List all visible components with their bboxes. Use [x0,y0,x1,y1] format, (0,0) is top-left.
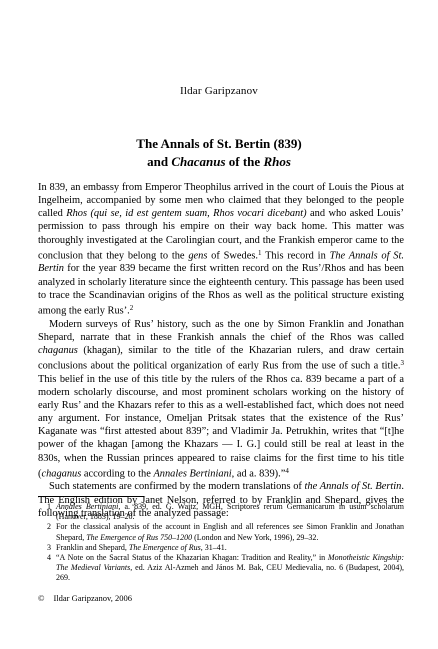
text-segment: (khagan), similar to the title of the Kh… [38,345,404,372]
text-segment: Chacanus [171,154,225,169]
footnote-text: For the classical analysis of the accoun… [56,522,404,542]
text-segment: (London and New York, 1996), 29–32. [192,533,318,542]
text-segment: gens [188,250,207,261]
footnote-number: 1 [47,502,56,522]
footnote-marker: 3 [401,359,405,367]
article-title: The Annals of St. Bertin (839) and Chaca… [0,135,438,170]
copyright-symbol: © [38,593,44,603]
copyright-notice: © Ildar Garipzanov, 2006 [38,593,132,603]
text-segment: and [147,154,171,169]
footnote-number: 3 [47,543,56,553]
author-name: Ildar Garipzanov [0,85,438,97]
footnote: 4 “A Note on the Sacral Status of the Kh… [38,553,404,584]
footnote-number: 2 [47,522,56,542]
article-title-line1: The Annals of St. Bertin (839) [0,135,438,153]
text-segment: This record in [261,250,329,261]
body-paragraph: In 839, an embassy from Emperor Theophil… [38,181,404,318]
text-segment: Such statements are confirmed by the mod… [49,481,305,492]
text-segment: The Emergence of Rus 750–1200 [86,533,192,542]
text-segment: Rhos [263,154,290,169]
text-segment: Franklin and Shepard, [56,543,129,552]
text-segment: chaganus [41,468,81,479]
footnote-number: 4 [47,553,56,584]
text-segment: “A Note on the Sacral Status of the Khaz… [56,553,328,562]
footnote-marker: 2 [130,304,134,312]
copyright-text: Ildar Garipzanov, 2006 [53,593,132,603]
footnote-separator-rule [38,496,144,497]
text-segment: Annales Bertiniani [153,468,231,479]
text-segment: of Swedes. [207,250,258,261]
text-segment: The Emergence of Rus [129,543,201,552]
text-segment: the Annals of St. Bertin [305,481,402,492]
text-segment: of the [226,154,264,169]
footnote: 3 Franklin and Shepard, The Emergence of… [38,543,404,553]
footnote-text: Franklin and Shepard, The Emergence of R… [56,543,404,553]
footnote-text: Annales Bertiniani, a. 839, ed. G. Waitz… [56,502,404,522]
text-segment: for the year 839 became the first writte… [38,263,404,316]
footnote-text: “A Note on the Sacral Status of the Khaz… [56,553,404,584]
footnote: 1 Annales Bertiniani, a. 839, ed. G. Wai… [38,502,404,522]
text-segment: chaganus [38,345,78,356]
text-segment: , 31–41. [201,543,227,552]
article-title-line2: and Chacanus of the Rhos [0,153,438,171]
footnote-marker: 4 [285,467,289,475]
text-segment: Rhos (qui se, id est gentem suam, Rhos v… [66,208,306,219]
text-segment: Modern surveys of Rus’ history, such as … [38,319,404,343]
article-body: In 839, an embassy from Emperor Theophil… [38,181,404,520]
footnotes: 1 Annales Bertiniani, a. 839, ed. G. Wai… [38,502,404,584]
text-segment: , ad a. 839).” [232,468,286,479]
text-segment: according to the [81,468,153,479]
body-paragraph: Modern surveys of Rus’ history, such as … [38,318,404,481]
text-segment: Annales Bertiniani [56,502,118,511]
page: Ildar Garipzanov The Annals of St. Berti… [0,0,438,649]
footnote: 2 For the classical analysis of the acco… [38,522,404,542]
text-segment: This belief in the use of this title by … [38,374,404,480]
